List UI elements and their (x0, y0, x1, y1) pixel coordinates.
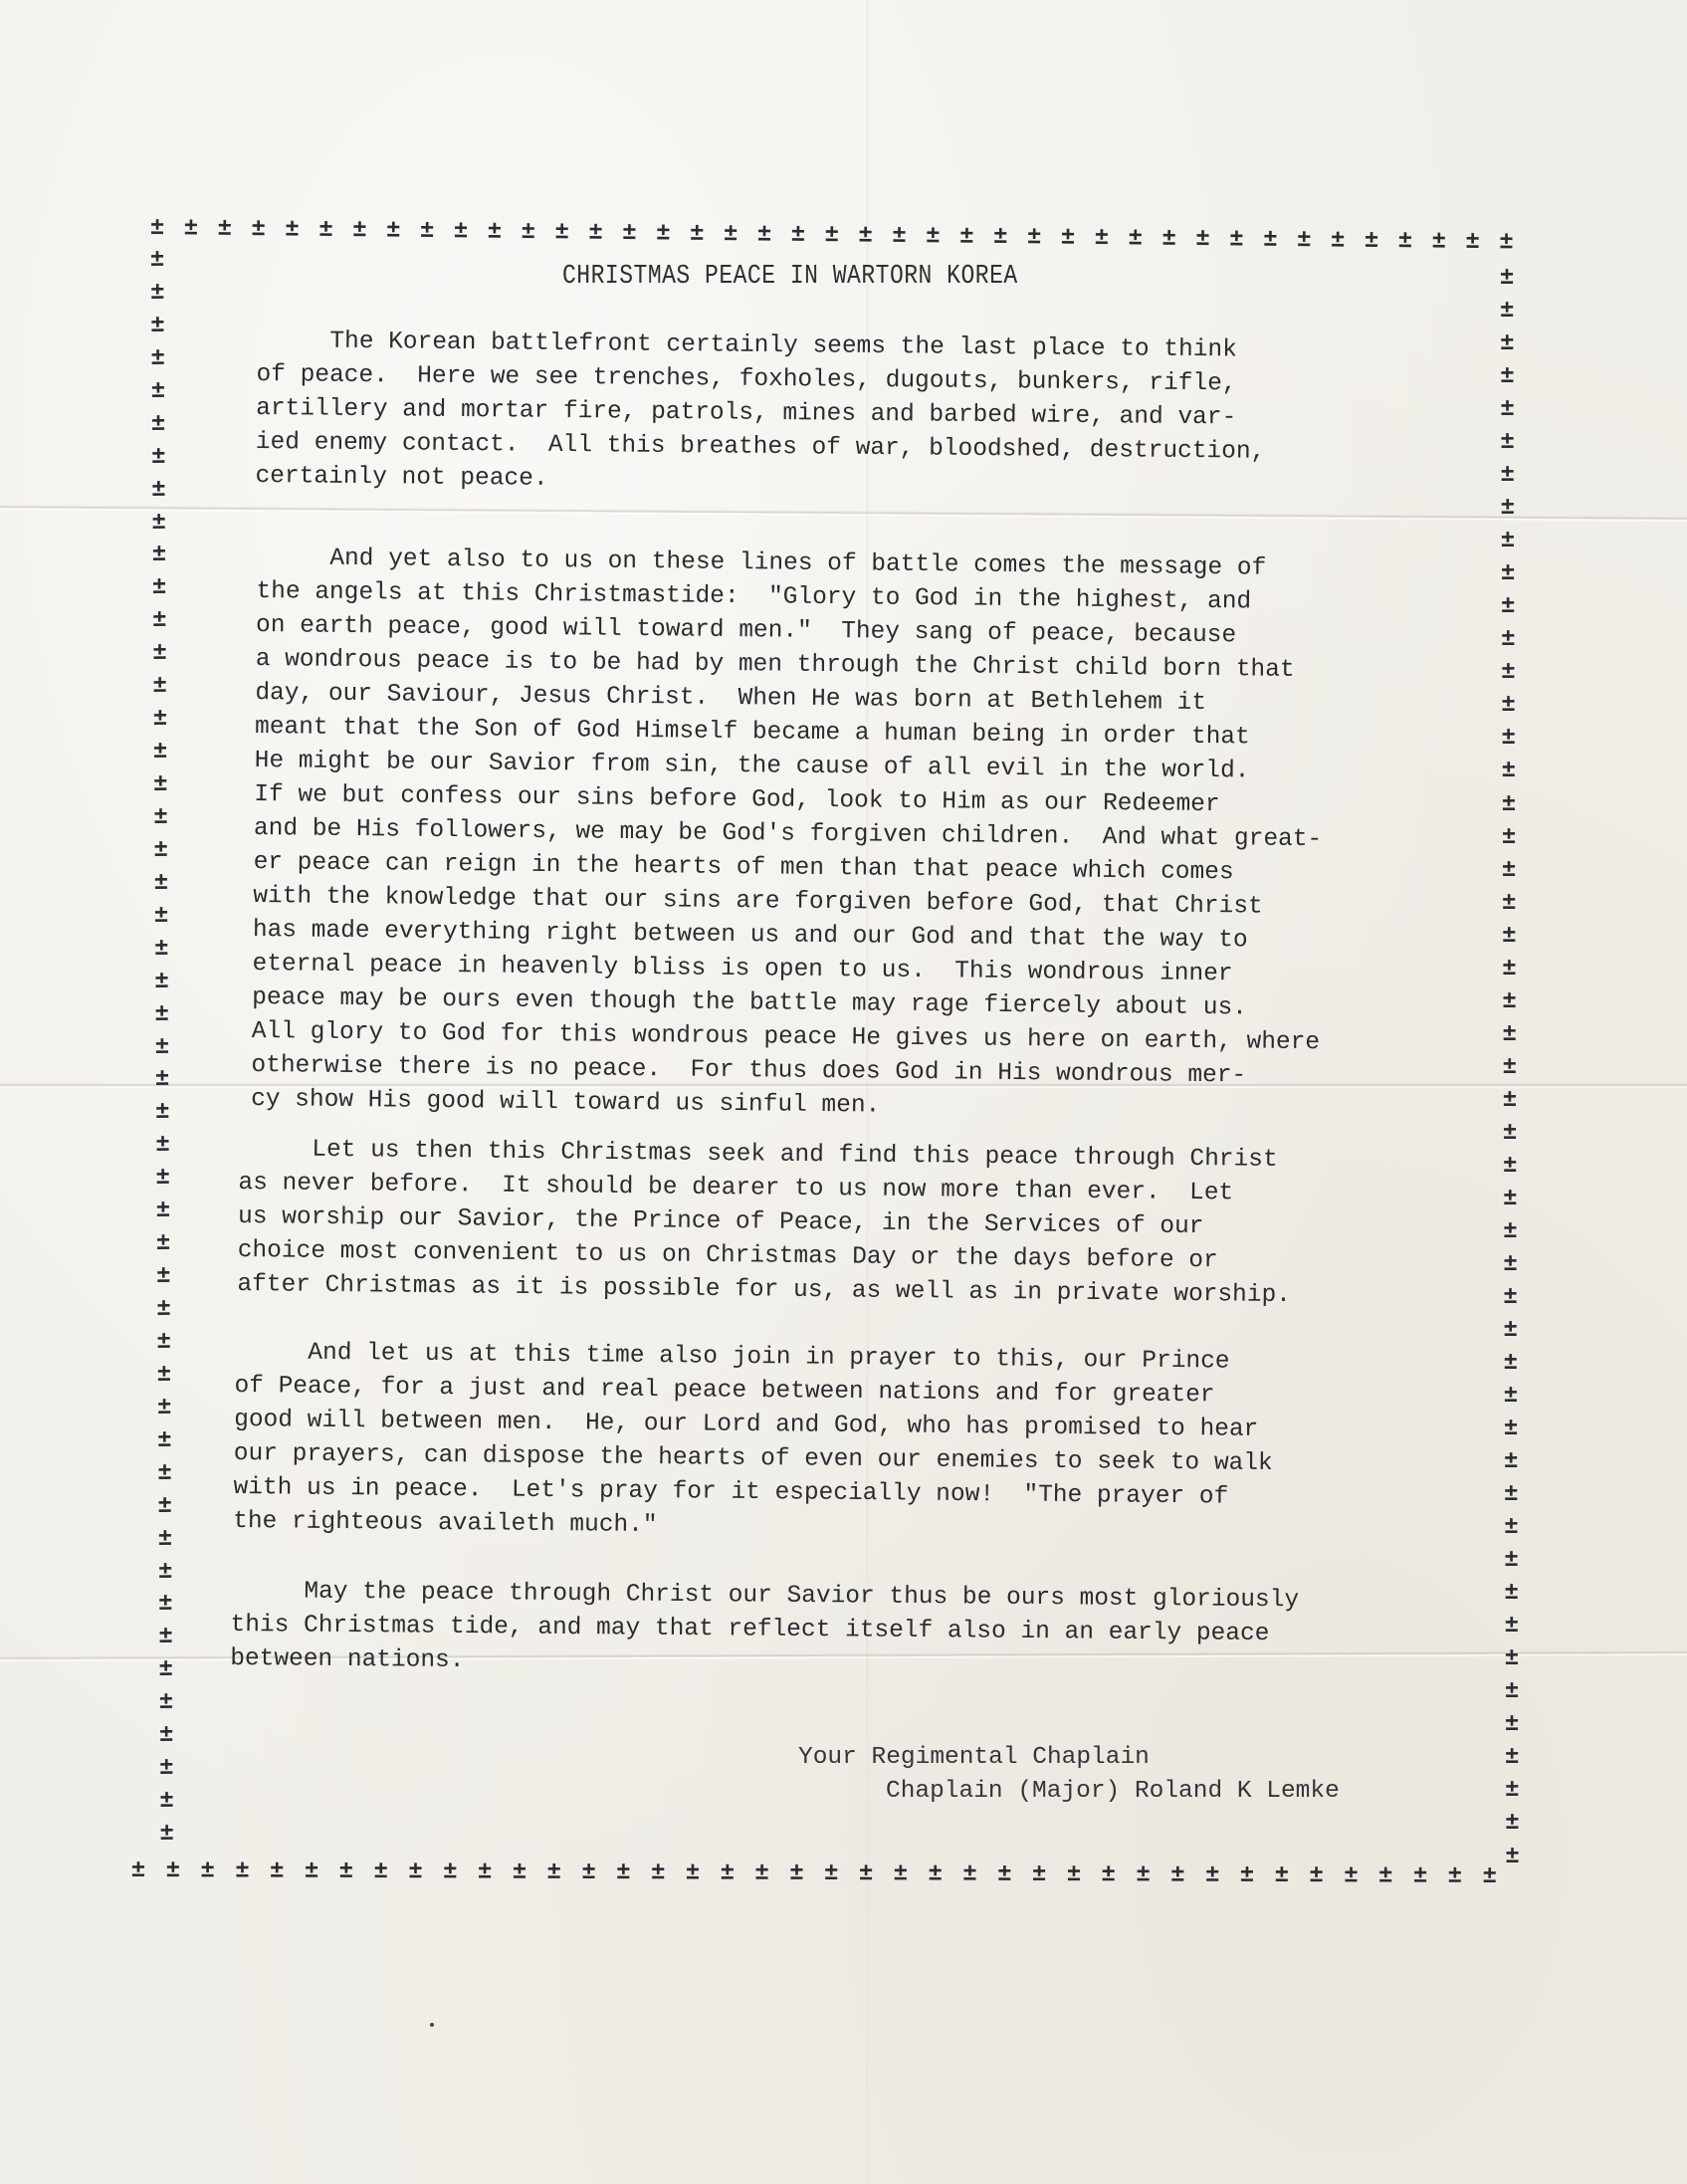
paper-fold-crease-top (0, 505, 1687, 523)
paragraph-prayer: And let us at this time also join in pra… (233, 1336, 1459, 1551)
cross-icon: ± (153, 1560, 177, 1584)
cross-icon: ± (854, 1862, 878, 1886)
cross-icon: ± (314, 219, 337, 243)
cross-icon: ± (1499, 1319, 1523, 1343)
cross-icon: ± (1500, 1746, 1524, 1770)
cross-icon: ± (1270, 1864, 1294, 1888)
cross-icon: ± (617, 222, 641, 246)
cross-icon: ± (1224, 228, 1248, 252)
cross-icon: ± (1499, 1450, 1523, 1474)
cross-icon: ± (152, 1397, 176, 1420)
cross-icon: ± (1498, 990, 1522, 1014)
cross-icon: ± (1132, 1863, 1156, 1887)
cross-icon: ± (1496, 497, 1520, 521)
cross-icon: ± (473, 1861, 497, 1885)
cross-icon: ± (1496, 595, 1520, 619)
signature-line-title: Your Regimental Chaplain (798, 1744, 1150, 1771)
cross-icon: ± (924, 1862, 948, 1886)
cross-icon: ± (1124, 227, 1148, 251)
cross-icon: ± (150, 1002, 174, 1026)
cross-icon: ± (1292, 229, 1316, 253)
cross-icon: ± (230, 1859, 254, 1883)
cross-icon: ± (1499, 1418, 1523, 1441)
cross-icon: ± (1499, 1549, 1523, 1573)
cross-icon: ± (145, 217, 169, 241)
cross-icon: ± (685, 223, 709, 247)
cross-icon: ± (403, 1860, 427, 1884)
cross-icon: ± (147, 511, 171, 535)
cross-icon: ± (146, 478, 170, 502)
cross-icon: ± (752, 223, 776, 247)
cross-icon: ± (1499, 1385, 1523, 1409)
cross-icon: ± (154, 1790, 178, 1814)
cross-icon: ± (152, 1429, 176, 1453)
border-top: ±±±±±±±±±±±±±±±±±±±±±±±±±±±±±±±±±±±±±±±±… (145, 217, 1519, 255)
cross-icon: ± (1497, 892, 1521, 916)
cross-icon: ± (1498, 1155, 1522, 1179)
cross-icon: ± (887, 225, 911, 249)
cross-icon: ± (154, 1757, 178, 1781)
cross-icon: ± (1496, 464, 1520, 488)
cross-icon: ± (152, 1331, 176, 1355)
cross-icon: ± (1500, 1779, 1524, 1803)
cross-icon: ± (449, 220, 473, 244)
cross-icon: ± (126, 1859, 150, 1883)
paragraph-seek-peace: Let us then this Christmas seek and find… (237, 1133, 1463, 1315)
cross-icon: ± (1478, 1865, 1502, 1889)
cross-icon: ± (1258, 229, 1282, 253)
cross-icon: ± (151, 1167, 175, 1191)
cross-icon: ± (1097, 1863, 1121, 1887)
cross-icon: ± (1393, 230, 1417, 254)
cross-icon: ± (1461, 231, 1485, 255)
cross-icon: ± (681, 1861, 705, 1885)
cross-icon: ± (1501, 1845, 1525, 1868)
cross-icon: ± (347, 219, 371, 243)
cross-icon: ± (1496, 661, 1520, 685)
cross-icon: ± (1408, 1865, 1432, 1889)
border-right: ±±±±±±±±±±±±±±±±±±±±±±±±±±±±±±±±±±±±±±±±… (1495, 267, 1525, 1869)
cross-icon: ± (145, 249, 169, 273)
cross-icon: ± (651, 222, 675, 246)
cross-icon: ± (151, 1232, 175, 1256)
cross-icon: ± (1497, 859, 1521, 883)
cross-icon: ± (1497, 825, 1521, 849)
cross-icon: ± (147, 609, 171, 633)
cross-icon: ± (583, 222, 607, 246)
cross-icon: ± (1158, 228, 1181, 252)
cross-icon: ± (148, 708, 172, 732)
cross-icon: ± (369, 1860, 393, 1884)
cross-icon: ± (152, 1364, 176, 1388)
cross-icon: ± (146, 413, 170, 437)
cross-icon: ± (611, 1861, 635, 1885)
cross-icon: ± (438, 1860, 462, 1884)
cross-icon: ± (1499, 1483, 1523, 1507)
cross-icon: ± (1497, 727, 1521, 751)
cross-icon: ± (1497, 792, 1521, 816)
cross-icon: ± (1190, 228, 1214, 252)
cross-icon: ± (786, 224, 810, 248)
cross-icon: ± (1235, 1864, 1259, 1888)
cross-icon: ± (151, 1200, 175, 1223)
cross-icon: ± (153, 1626, 177, 1649)
cross-icon: ± (147, 576, 171, 600)
cross-icon: ± (1499, 1352, 1523, 1376)
cross-icon: ± (1500, 1812, 1524, 1836)
cross-icon: ± (148, 806, 172, 830)
cross-icon: ± (1500, 1582, 1524, 1606)
ink-speck (430, 2023, 434, 2027)
cross-icon: ± (1498, 1220, 1522, 1244)
cross-icon: ± (483, 221, 507, 245)
cross-icon: ± (1339, 1864, 1363, 1888)
cross-icon: ± (150, 1035, 174, 1059)
cross-icon: ± (150, 1134, 174, 1158)
cross-icon: ± (381, 219, 405, 243)
cross-icon: ± (152, 1462, 176, 1486)
cross-icon: ± (147, 642, 171, 666)
cross-icon: ± (148, 741, 172, 764)
cross-icon: ± (161, 1859, 185, 1883)
cross-icon: ± (1497, 925, 1521, 949)
cross-icon: ± (1496, 431, 1520, 455)
cross-icon: ± (150, 1101, 174, 1125)
cross-icon: ± (921, 225, 945, 249)
cross-icon: ± (415, 220, 439, 244)
cross-icon: ± (992, 1863, 1016, 1887)
cross-icon: ± (1500, 1615, 1524, 1638)
cross-icon: ± (1326, 229, 1350, 253)
cross-icon: ± (1090, 227, 1114, 251)
cross-icon: ± (1427, 230, 1451, 254)
cross-icon: ± (577, 1861, 601, 1885)
cross-icon: ± (1494, 231, 1518, 255)
cross-icon: ± (1498, 1056, 1522, 1080)
cross-icon: ± (154, 1658, 178, 1682)
cross-icon: ± (1496, 628, 1520, 652)
cross-icon: ± (1056, 227, 1080, 251)
cross-icon: ± (819, 1862, 843, 1886)
cross-icon: ± (148, 675, 172, 699)
cross-icon: ± (1500, 1647, 1524, 1671)
cross-icon: ± (149, 839, 173, 863)
cross-icon: ± (149, 872, 173, 896)
cross-icon: ± (196, 1859, 220, 1883)
cross-icon: ± (1495, 332, 1519, 356)
cross-icon: ± (149, 971, 173, 994)
cross-icon: ± (1499, 1286, 1523, 1310)
cross-icon: ± (1500, 1713, 1524, 1737)
cross-icon: ± (1495, 365, 1519, 389)
cross-icon: ± (820, 224, 844, 248)
paragraph-korean-battlefront: The Korean battlefront certainly seems t… (255, 325, 1481, 506)
cross-icon: ± (153, 1593, 177, 1617)
cross-icon: ± (150, 1068, 174, 1092)
cross-icon: ± (151, 1298, 175, 1322)
cross-icon: ± (889, 1862, 913, 1886)
cross-icon: ± (646, 1861, 670, 1885)
cross-icon: ± (1497, 760, 1521, 783)
cross-icon: ± (1497, 958, 1521, 982)
cross-icon: ± (1496, 530, 1520, 553)
cross-icon: ± (1499, 1516, 1523, 1540)
cross-icon: ± (784, 1862, 808, 1886)
cross-icon: ± (1498, 1023, 1522, 1047)
cross-icon: ± (750, 1862, 774, 1886)
cross-icon: ± (149, 905, 173, 929)
cross-icon: ± (146, 380, 170, 404)
document-title: CHRISTMAS PEACE IN WARTORN KOREA (562, 261, 1105, 291)
cross-icon: ± (1496, 694, 1520, 718)
cross-icon: ± (154, 1724, 178, 1748)
cross-icon: ± (988, 226, 1012, 250)
cross-icon: ± (1498, 1089, 1522, 1113)
cross-icon: ± (149, 938, 173, 962)
border-bottom: ±±±±±±±±±±±±±±±±±±±±±±±±±±±±±±±±±±±±±±±± (126, 1859, 1502, 1889)
cross-icon: ± (1062, 1863, 1086, 1887)
cross-icon: ± (1360, 230, 1383, 254)
cross-icon: ± (155, 1823, 179, 1847)
cross-icon: ± (1200, 1864, 1224, 1888)
signature-line-name: Chaplain (Major) Roland K Lemke (886, 1778, 1340, 1805)
cross-icon: ± (153, 1527, 177, 1551)
cross-icon: ± (213, 218, 237, 242)
cross-icon: ± (145, 315, 169, 338)
cross-icon: ± (1498, 1188, 1522, 1211)
cross-icon: ± (280, 218, 304, 242)
cross-icon: ± (146, 347, 170, 371)
cross-icon: ± (1022, 226, 1046, 250)
cross-icon: ± (334, 1860, 358, 1884)
cross-icon: ± (1495, 267, 1519, 291)
cross-icon: ± (1498, 1122, 1522, 1146)
cross-icon: ± (300, 1860, 323, 1884)
cross-icon: ± (1496, 562, 1520, 586)
cross-icon: ± (146, 446, 170, 470)
paragraph-angels-message: And yet also to us on these lines of bat… (251, 542, 1481, 1130)
cross-icon: ± (1373, 1864, 1397, 1888)
cross-icon: ± (179, 217, 203, 241)
cross-icon: ± (719, 223, 742, 247)
cross-icon: ± (1495, 398, 1519, 422)
cross-icon: ± (1305, 1864, 1329, 1888)
cross-icon: ± (145, 282, 169, 306)
cross-icon: ± (147, 544, 171, 567)
cross-icon: ± (716, 1862, 739, 1886)
cross-icon: ± (954, 226, 978, 250)
cross-icon: ± (1500, 1680, 1524, 1704)
cross-icon: ± (247, 218, 271, 242)
cross-icon: ± (957, 1863, 981, 1887)
cross-icon: ± (148, 773, 172, 797)
cross-icon: ± (151, 1265, 175, 1289)
cross-icon: ± (154, 1691, 178, 1715)
cross-icon: ± (1495, 300, 1519, 324)
paragraph-closing: May the peace through Christ our Savior … (230, 1575, 1455, 1687)
cross-icon: ± (1443, 1865, 1467, 1889)
cross-icon: ± (542, 1861, 566, 1885)
cross-icon: ± (1165, 1864, 1189, 1888)
cross-icon: ± (517, 221, 540, 245)
cross-icon: ± (508, 1861, 531, 1885)
cross-icon: ± (1027, 1863, 1051, 1887)
cross-icon: ± (153, 1495, 177, 1519)
cross-icon: ± (854, 224, 878, 248)
border-left: ±±±±±±±±±±±±±±±±±±±±±±±±±±±±±±±±±±±±±±±±… (145, 249, 179, 1847)
cross-icon: ± (550, 221, 574, 245)
cross-icon: ± (265, 1860, 289, 1884)
cross-icon: ± (1498, 1253, 1522, 1277)
